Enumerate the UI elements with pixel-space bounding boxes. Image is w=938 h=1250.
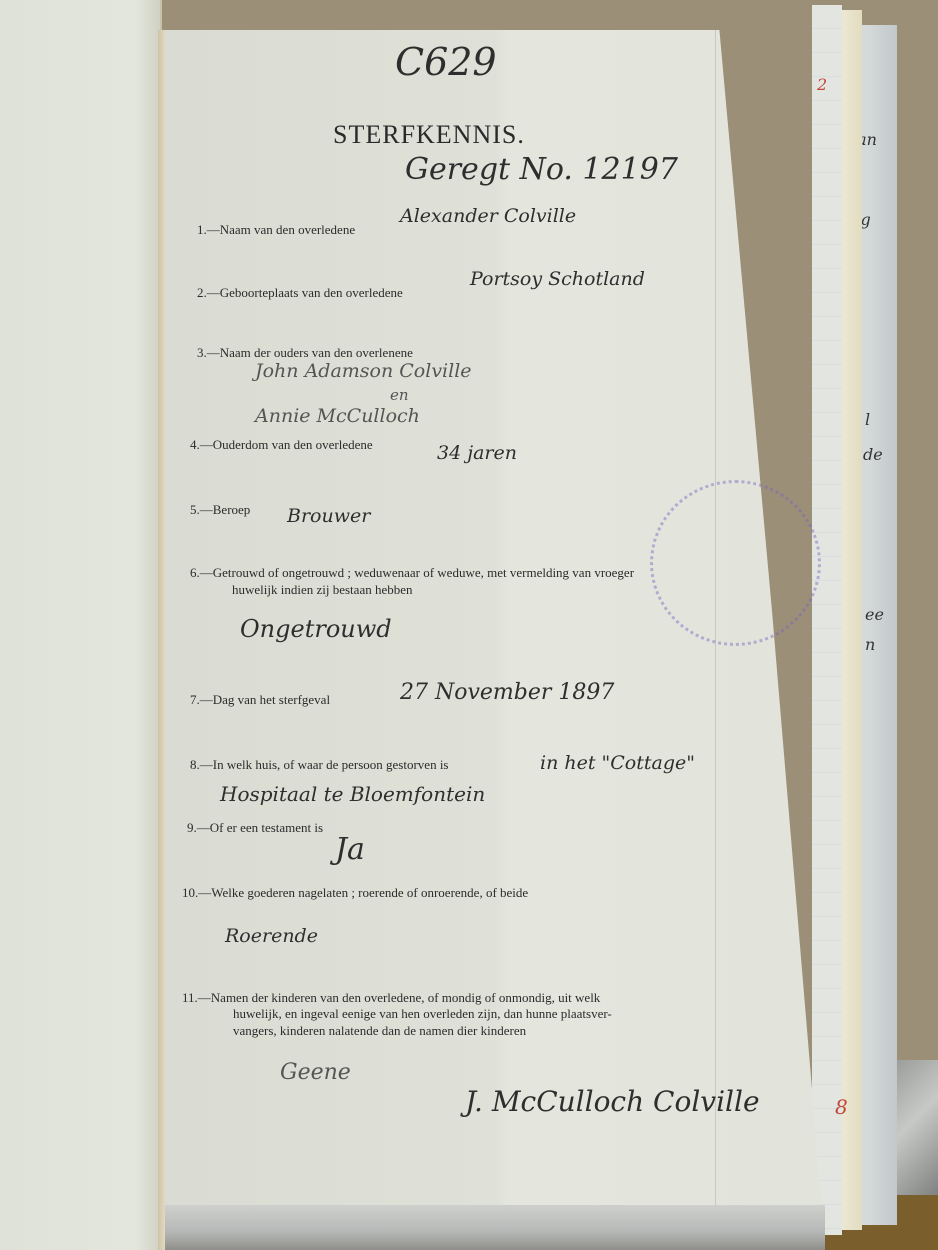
item-3-label: 3.—Naam der ouders van den overlenene (197, 345, 413, 361)
left-blank-page (0, 0, 162, 1250)
official-stamp (650, 480, 821, 646)
item-7-label: 7.—Dag van het sterfgeval (190, 692, 330, 708)
underlying-page-lined: 2 (812, 5, 842, 1235)
item-8-answer-line-1: in het "Cottage" (540, 752, 695, 774)
item-3-answer-line-2: en (390, 386, 409, 404)
item-9-answer: Ja (335, 832, 365, 867)
registration-number: Geregt No. 12197 (405, 152, 678, 187)
item-6-label-cont: huwelijk indien zij bestaan hebben (232, 582, 413, 598)
side-fragment: de (863, 445, 883, 464)
item-9-label: 9.—Of er een testament is (187, 820, 323, 836)
item-10-label: 10.—Welke goederen nagelaten ; roerende … (182, 885, 528, 901)
item-2-label: 2.—Geboorteplaats van den overledene (197, 285, 403, 301)
item-11-label-cont-1: huwelijk, en ingeval eenige van hen over… (233, 1006, 612, 1022)
item-5-answer: Brouwer (287, 505, 370, 527)
side-fragment: 2 (817, 75, 827, 94)
item-2-answer: Portsoy Schotland (470, 268, 645, 290)
item-11-label-cont-2: vangers, kinderen nalatende dan de namen… (233, 1023, 526, 1039)
item-6-answer: Ongetrouwd (240, 615, 392, 643)
item-11-answer: Geene (280, 1060, 351, 1085)
item-3-answer-line-3: Annie McCulloch (255, 405, 420, 427)
item-10-answer: Roerende (225, 925, 318, 947)
item-8-label: 8.—In welk huis, of waar de persoon gest… (190, 757, 449, 773)
reference-number: C629 (395, 40, 497, 84)
margin-mark: 8 (835, 1095, 848, 1119)
item-8-answer-line-2: Hospitaal te Bloemfontein (220, 782, 485, 806)
item-4-label: 4.—Ouderdom van den overledene (190, 437, 373, 453)
item-1-answer: Alexander Colville (400, 205, 576, 227)
document-title: STERFKENNIS. (333, 120, 525, 150)
item-3-answer-line-1: John Adamson Colville (255, 360, 472, 382)
item-5-label: 5.—Beroep (190, 502, 250, 518)
item-7-answer: 27 November 1897 (400, 680, 614, 705)
item-11-label: 11.—Namen der kinderen van den overleden… (182, 990, 600, 1006)
torn-bottom-edge (165, 1205, 825, 1250)
side-fragment: l (865, 410, 870, 429)
item-4-answer: 34 jaren (437, 442, 517, 464)
side-fragment: ee (865, 605, 884, 624)
signature: J. McCulloch Colville (465, 1085, 760, 1118)
side-fragment: n (865, 635, 875, 654)
item-1-label: 1.—Naam van den overledene (197, 222, 355, 238)
item-6-label: 6.—Getrouwd of ongetrouwd ; weduwenaar o… (190, 565, 634, 581)
